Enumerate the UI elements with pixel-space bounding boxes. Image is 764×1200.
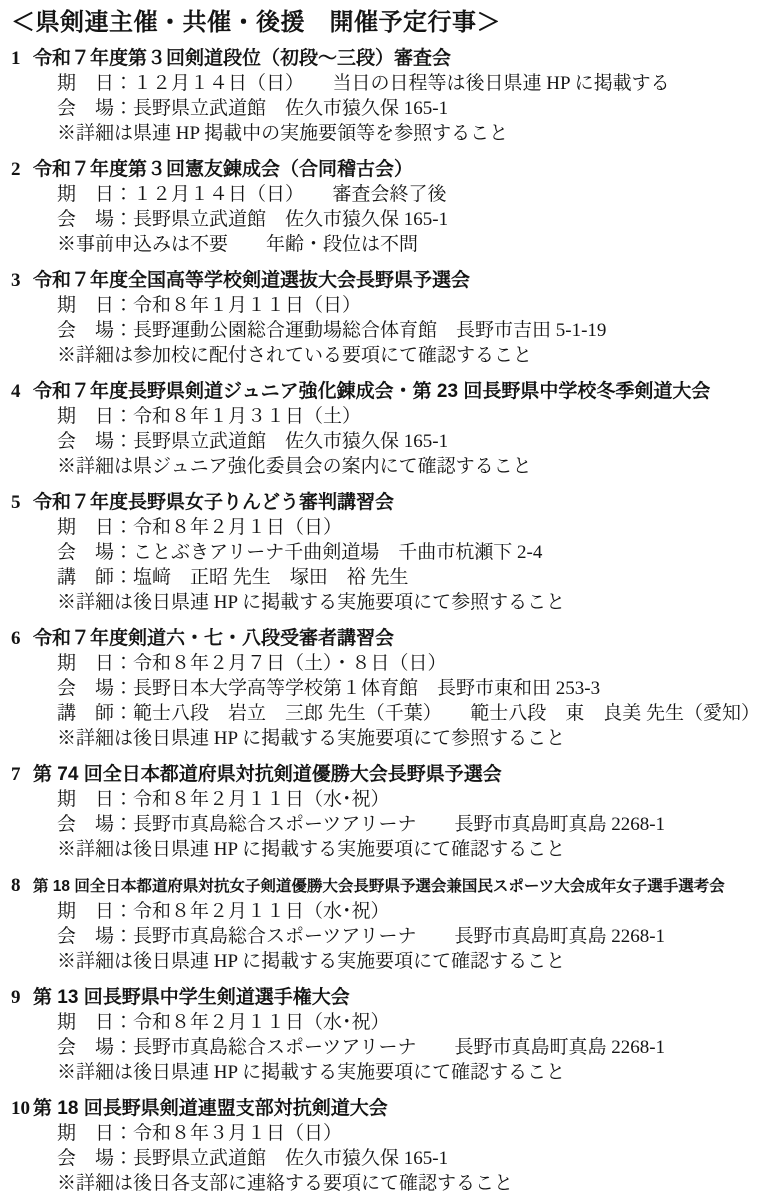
event-heading: 9第 13 回長野県中学生剣道選手権大会 [11,985,760,1010]
event-number: 6 [11,626,33,651]
document-page: ＜県剣連主催・共催・後援 開催予定行事＞ 1令和７年度第３回剣道段位（初段～三段… [0,0,764,1200]
page-title: ＜県剣連主催・共催・後援 開催予定行事＞ [11,8,760,38]
event-detail-line: ※詳細は後日県連 HP に掲載する実施要項にて参照すること [11,726,760,751]
event-section: 6令和７年度剣道六・七・八段受審者講習会 期 日：令和８年２月７日（土）・８日（… [11,626,760,751]
event-title: 令和７年度第３回剣道段位（初段～三段）審査会 [33,48,451,69]
event-detail-line: ※詳細は後日県連 HP に掲載する実施要項にて確認すること [11,1060,760,1085]
event-detail-line: 期 日：令和８年２月１日（日） [11,515,760,540]
event-detail-line: 会 場：長野県立武道館 佐久市猿久保 165-1 [11,96,760,121]
event-section: 3令和７年度全国高等学校剣道選抜大会長野県予選会 期 日：令和８年１月１１日（日… [11,268,760,368]
event-number: 4 [11,379,33,404]
event-number: 5 [11,490,33,515]
event-detail-line: ※詳細は後日県連 HP に掲載する実施要項にて確認すること [11,949,760,974]
event-section: 4令和７年度長野県剣道ジュニア強化錬成会・第 23 回長野県中学校冬季剣道大会 … [11,379,760,479]
event-list: 1令和７年度第３回剣道段位（初段～三段）審査会 期 日：１２月１４日（日） 当日… [11,46,760,1196]
event-detail-line: 期 日：令和８年２月１１日（水･祝） [11,899,760,924]
event-title: 令和７年度長野県女子りんどう審判講習会 [33,492,394,513]
event-number: 10 [11,1096,33,1121]
event-title: 令和７年度全国高等学校剣道選抜大会長野県予選会 [33,270,470,291]
event-section: 2令和７年度第３回憲友錬成会（合同稽古会） 期 日：１２月１４日（日） 審査会終… [11,157,760,257]
event-section: 9第 13 回長野県中学生剣道選手権大会 期 日：令和８年２月１１日（水･祝）会… [11,985,760,1085]
event-detail-line: 期 日：令和８年１月３１日（土） [11,404,760,429]
event-heading: 8第 18 回全日本都道府県対抗女子剣道優勝大会長野県予選会兼国民スポーツ大会成… [11,873,760,899]
event-detail-line: 期 日：令和８年２月７日（土）・８日（日） [11,651,760,676]
event-detail-line: ※詳細は参加校に配付されている要項にて確認すること [11,343,760,368]
event-number: 2 [11,157,33,182]
event-detail-line: 講 師：塩﨑 正昭 先生 塚田 裕 先生 [11,565,760,590]
event-number: 7 [11,762,33,787]
event-detail-line: 期 日：令和８年２月１１日（水･祝） [11,787,760,812]
event-detail-line: 会 場：長野市真島総合スポーツアリーナ 長野市真島町真島 2268-1 [11,924,760,949]
event-detail-line: 会 場：長野日本大学高等学校第１体育館 長野市東和田 253-3 [11,676,760,701]
event-detail-line: 講 師：範士八段 岩立 三郎 先生（千葉） 範士八段 東 良美 先生（愛知） [11,701,760,726]
event-detail-line: 期 日：１２月１４日（日） 当日の日程等は後日県連 HP に掲載する [11,71,760,96]
event-detail-line: ※詳細は県連 HP 掲載中の実施要領等を参照すること [11,121,760,146]
event-title: 第 74 回全日本都道府県対抗剣道優勝大会長野県予選会 [33,764,502,785]
event-section: 8第 18 回全日本都道府県対抗女子剣道優勝大会長野県予選会兼国民スポーツ大会成… [11,873,760,974]
event-detail-line: 会 場：長野市真島総合スポーツアリーナ 長野市真島町真島 2268-1 [11,812,760,837]
event-heading: 4令和７年度長野県剣道ジュニア強化錬成会・第 23 回長野県中学校冬季剣道大会 [11,379,760,404]
event-title: 令和７年度剣道六・七・八段受審者講習会 [33,628,394,649]
event-detail-line: 会 場：ことぶきアリーナ千曲剣道場 千曲市杭瀬下 2-4 [11,540,760,565]
event-detail-line: 会 場：長野市真島総合スポーツアリーナ 長野市真島町真島 2268-1 [11,1035,760,1060]
event-detail-line: 会 場：長野県立武道館 佐久市猿久保 165-1 [11,207,760,232]
event-detail-line: 会 場：長野県立武道館 佐久市猿久保 165-1 [11,429,760,454]
event-heading: 3令和７年度全国高等学校剣道選抜大会長野県予選会 [11,268,760,293]
event-detail-line: 会 場：長野運動公園総合運動場総合体育館 長野市吉田 5-1-19 [11,318,760,343]
event-section: 1令和７年度第３回剣道段位（初段～三段）審査会 期 日：１２月１４日（日） 当日… [11,46,760,146]
event-number: 8 [11,873,33,898]
event-title: 第 13 回長野県中学生剣道選手権大会 [33,987,350,1008]
event-detail-line: 期 日：令和８年３月１日（日） [11,1121,760,1146]
event-section: 10第 18 回長野県剣道連盟支部対抗剣道大会 期 日：令和８年３月１日（日）会… [11,1096,760,1196]
event-title: 令和７年度長野県剣道ジュニア強化錬成会・第 23 回長野県中学校冬季剣道大会 [33,381,710,402]
event-detail-line: 会 場：長野県立武道館 佐久市猿久保 165-1 [11,1146,760,1171]
event-heading: 5令和７年度長野県女子りんどう審判講習会 [11,490,760,515]
event-detail-line: ※詳細は県ジュニア強化委員会の案内にて確認すること [11,454,760,479]
event-detail-line: 期 日：令和８年１月１１日（日） [11,293,760,318]
event-section: 5令和７年度長野県女子りんどう審判講習会 期 日：令和８年２月１日（日）会 場：… [11,490,760,615]
event-heading: 10第 18 回長野県剣道連盟支部対抗剣道大会 [11,1096,760,1121]
event-number: 1 [11,46,33,71]
event-heading: 7第 74 回全日本都道府県対抗剣道優勝大会長野県予選会 [11,762,760,787]
event-number: 9 [11,985,33,1010]
event-number: 3 [11,268,33,293]
event-title: 令和７年度第３回憲友錬成会（合同稽古会） [33,159,413,180]
event-detail-line: ※詳細は後日県連 HP に掲載する実施要項にて確認すること [11,837,760,862]
event-detail-line: ※詳細は後日各支部に連絡する要項にて確認すること [11,1171,760,1196]
event-heading: 2令和７年度第３回憲友錬成会（合同稽古会） [11,157,760,182]
event-detail-line: ※事前申込みは不要 年齢・段位は不問 [11,232,760,257]
event-title: 第 18 回全日本都道府県対抗女子剣道優勝大会長野県予選会兼国民スポーツ大会成年… [33,878,725,895]
event-heading: 6令和７年度剣道六・七・八段受審者講習会 [11,626,760,651]
event-section: 7第 74 回全日本都道府県対抗剣道優勝大会長野県予選会 期 日：令和８年２月１… [11,762,760,862]
event-detail-line: 期 日：令和８年２月１１日（水･祝） [11,1010,760,1035]
event-heading: 1令和７年度第３回剣道段位（初段～三段）審査会 [11,46,760,71]
event-detail-line: ※詳細は後日県連 HP に掲載する実施要項にて参照すること [11,590,760,615]
event-title: 第 18 回長野県剣道連盟支部対抗剣道大会 [33,1098,388,1119]
event-detail-line: 期 日：１２月１４日（日） 審査会終了後 [11,182,760,207]
